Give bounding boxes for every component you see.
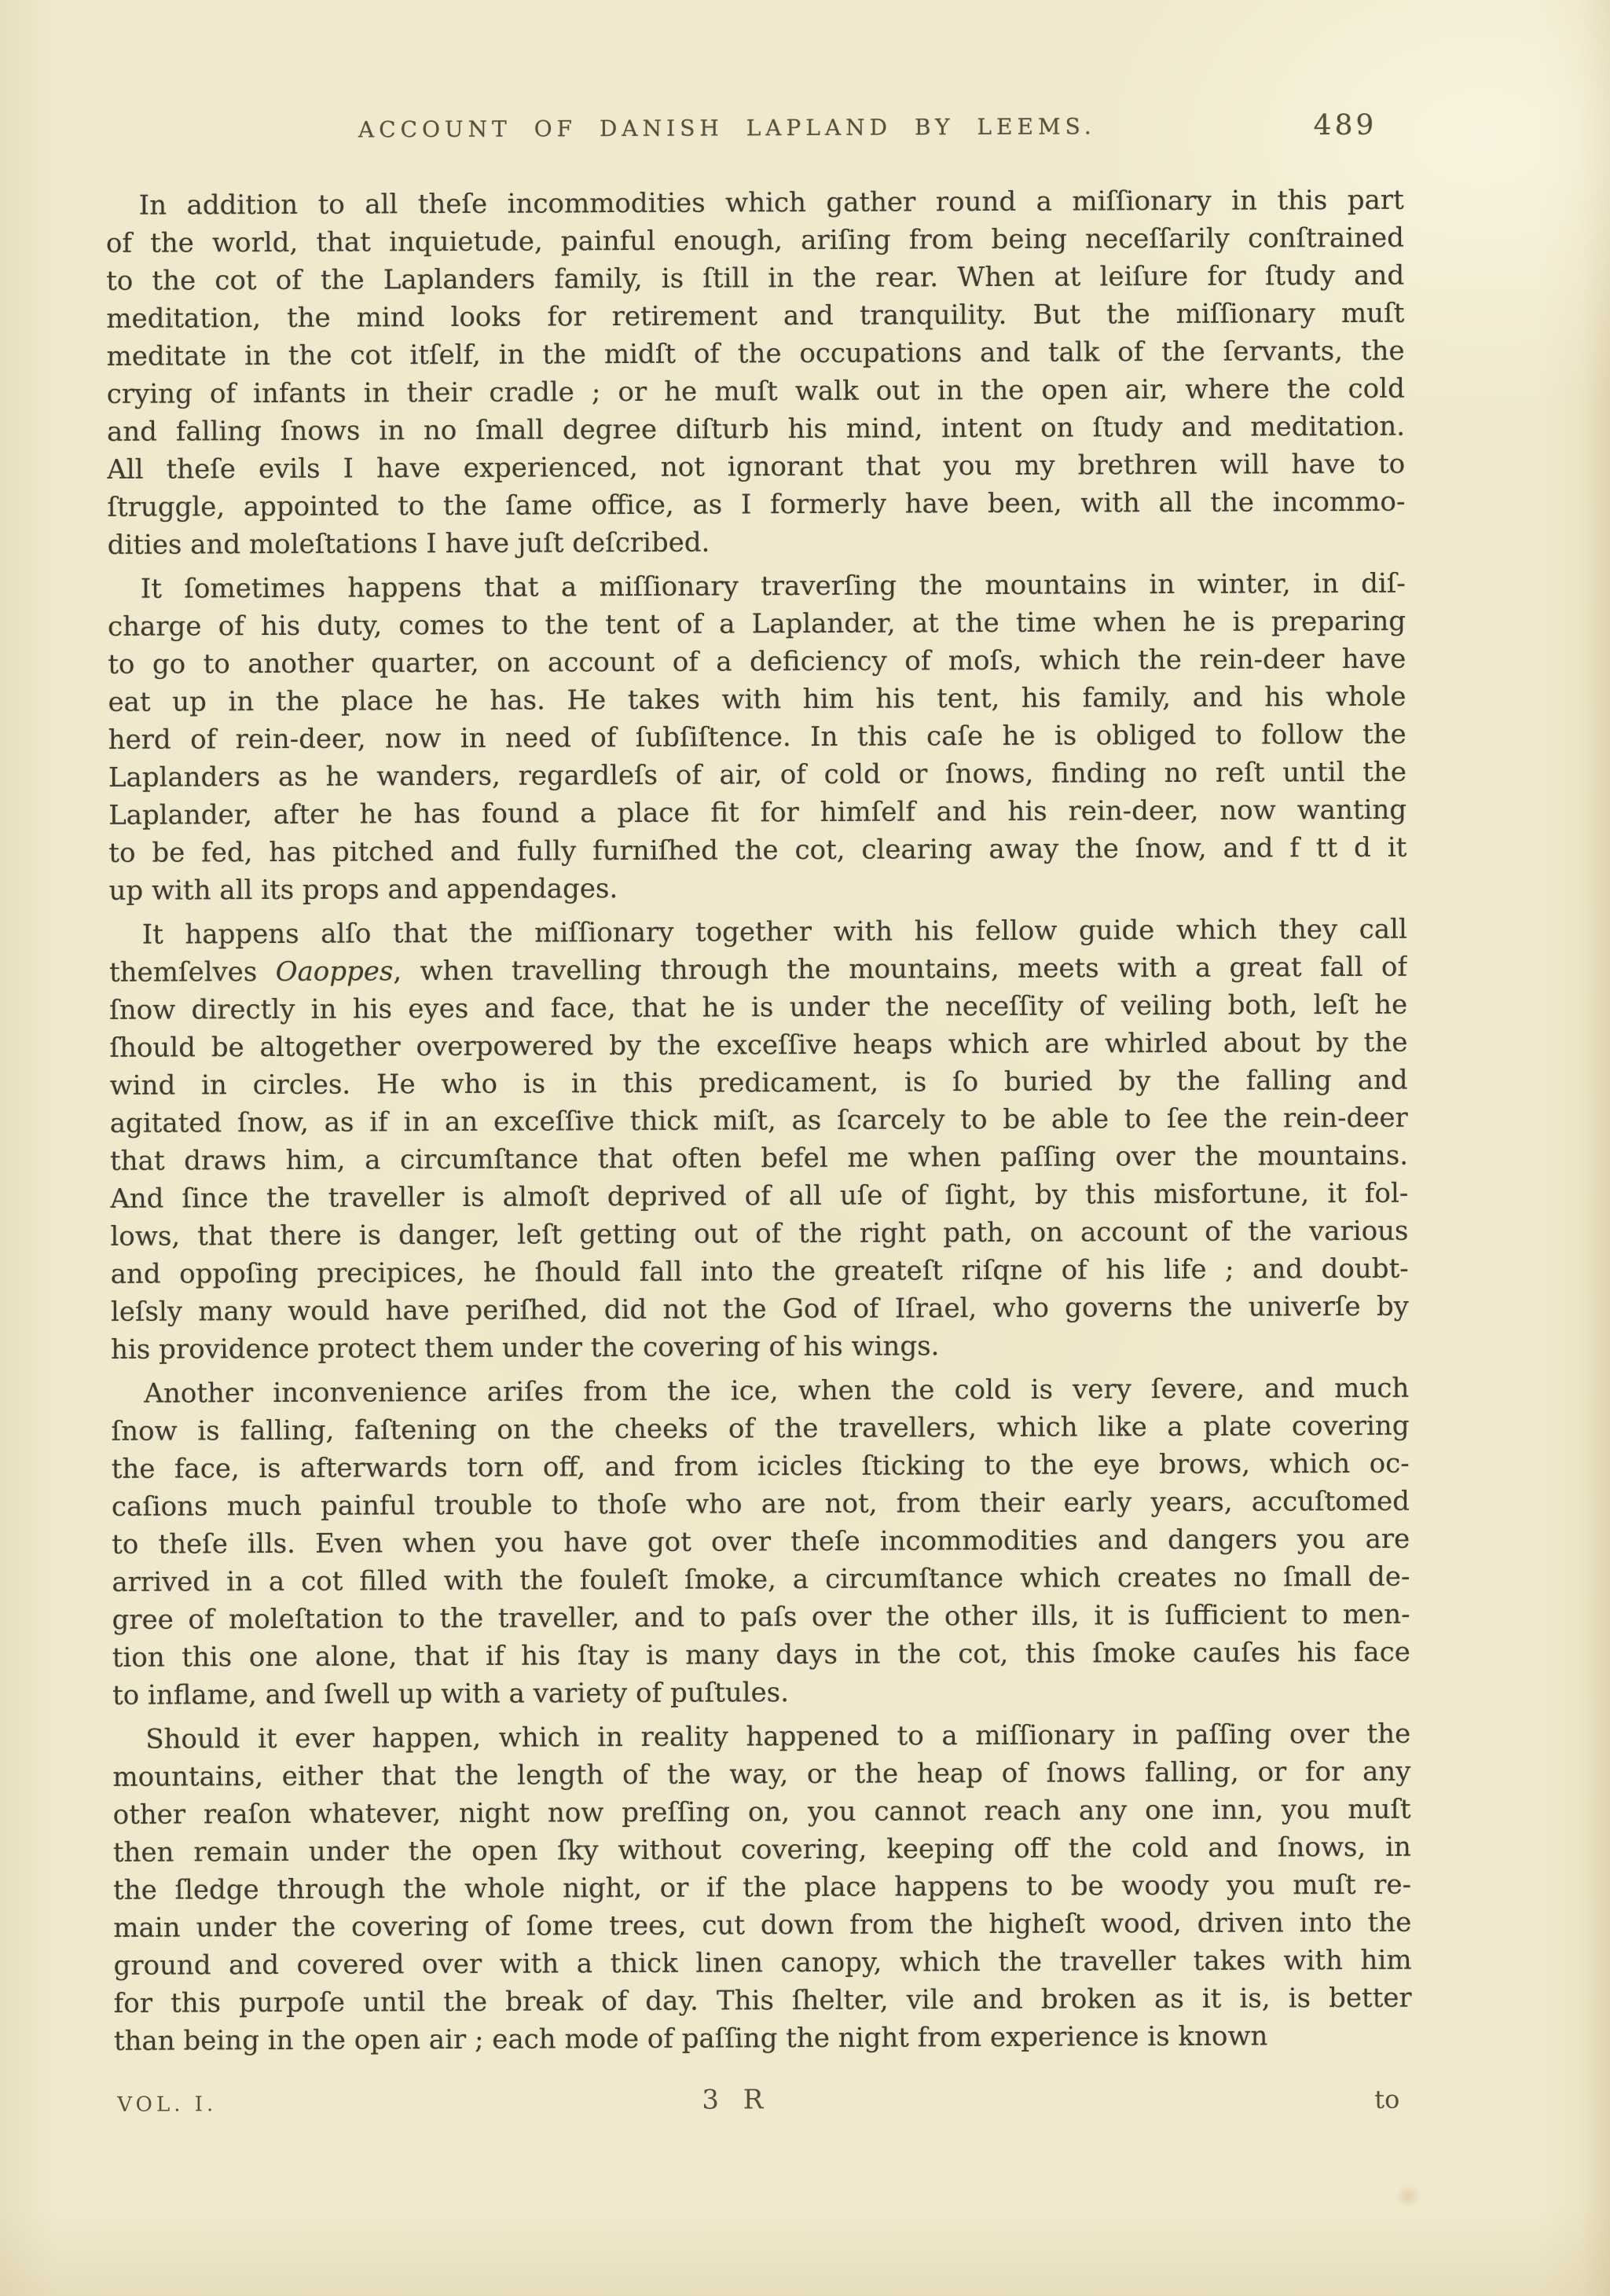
text-line: charge of his duty, comes to the tent of… (108, 603, 1406, 646)
text-line: his providence protect them under the co… (111, 1326, 1409, 1369)
text-line: caſions much painful trouble to thoſe wh… (112, 1483, 1410, 1526)
text-line: And ſince the traveller is almoſt depriv… (110, 1175, 1408, 1218)
paragraph: In addition to all theſe incommodities w… (106, 182, 1406, 564)
text-line: It happens alſo that the miſſionary toge… (109, 911, 1407, 954)
text-line: ſnow directly in his eyes and face, that… (109, 986, 1407, 1029)
text-line: In addition to all theſe incommodities w… (106, 182, 1404, 225)
text-line: herd of rein-deer, now in need of ſubſiſ… (108, 716, 1406, 759)
signature-mark: 3 R (702, 2084, 771, 2115)
text-line: ground and covered over with a thick lin… (113, 1942, 1411, 1985)
text-line: Another inconvenience ariſes from the ic… (111, 1370, 1409, 1413)
catchword: to (1374, 2085, 1399, 2114)
text-line: for this purpoſe until the break of day.… (114, 1979, 1412, 2023)
paragraph: Should it ever happen, which in reality … (112, 1715, 1412, 2060)
text-line: lows, that there is danger, leſt getting… (110, 1212, 1408, 1256)
text-line: to the cot of the Laplanders family, is … (106, 257, 1404, 300)
running-title: ACCOUNT OF DANISH LAPLAND BY LEEMS. (105, 112, 1348, 144)
scanned-book-page: ACCOUNT OF DANISH LAPLAND BY LEEMS. 489 … (0, 0, 1610, 2296)
text-line: eat up in the place he has. He takes wit… (108, 678, 1406, 721)
text-line: ſnow is falling, faſtening on the cheeks… (111, 1407, 1409, 1451)
text-line: It ſometimes happens that a miſſionary t… (108, 565, 1406, 608)
text-line: to be fed, has pitched and fully furniſh… (108, 829, 1406, 872)
text-line: themſelves Oaoppes, when travelling thro… (109, 948, 1407, 992)
page-footer: VOL. I. 3 R to (114, 2081, 1412, 2131)
text-line: up with all its props and appendages. (108, 867, 1406, 910)
text-block: In addition to all theſe incommodities w… (106, 182, 1412, 2067)
text-line: arrived in a cot filled with the fouleſt… (112, 1558, 1410, 1601)
paragraph: Another inconvenience ariſes from the ic… (111, 1370, 1410, 1715)
volume-label: VOL. I. (117, 2092, 217, 2117)
text-line: Should it ever happen, which in reality … (112, 1715, 1410, 1759)
text-line: the ſledge through the whole night, or i… (113, 1866, 1411, 1909)
text-line: to theſe ills. Even when you have got ov… (112, 1520, 1410, 1564)
text-line: to go to another quarter, on account of … (108, 640, 1406, 684)
text-line: agitated ſnow, as if in an exceſſive thi… (110, 1099, 1408, 1142)
text-line: crying of infants in their cradle ; or h… (107, 370, 1405, 413)
text-line: leſsly many would have periſhed, did not… (111, 1288, 1409, 1331)
text-line: All theſe evils I have experienced, not … (107, 446, 1405, 489)
text-line: tion this one alone, that if his ſtay is… (112, 1634, 1410, 1677)
text-line: gree of moleſtation to the traveller, an… (112, 1596, 1410, 1639)
text-line: dities and moleſtations I have juſt deſc… (108, 521, 1406, 564)
text-line: mountains, either that the length of the… (112, 1753, 1410, 1796)
text-line: that draws him, a circumſtance that ofte… (110, 1137, 1408, 1180)
text-line: than being in the open air ; each mode o… (114, 2017, 1412, 2060)
page-number: 489 (1314, 109, 1377, 141)
text-line: and falling ſnows in no ſmall degree diſ… (107, 408, 1405, 451)
text-line: Laplanders as he wanders, regardleſs of … (108, 754, 1406, 797)
text-line: then remain under the open ſky without c… (113, 1828, 1411, 1872)
text-line: main under the covering of ſome trees, c… (113, 1904, 1411, 1947)
page-header: ACCOUNT OF DANISH LAPLAND BY LEEMS. 489 (105, 112, 1403, 159)
paragraph: It ſometimes happens that a miſſionary t… (108, 565, 1407, 910)
text-line: meditate in the cot itſelf, in the midſt… (106, 332, 1404, 376)
text-line: of the world, that inquietude, painful e… (106, 219, 1404, 262)
text-line: and oppoſing precipices, he ſhould fall … (111, 1250, 1409, 1293)
text-line: other reaſon whatever, night now preſſin… (113, 1791, 1411, 1834)
text-line: the face, is afterwards torn off, and fr… (112, 1445, 1410, 1488)
text-line: to inflame, and ſwell up with a variety … (112, 1671, 1410, 1715)
text-line: meditation, the mind looks for retiremen… (106, 295, 1404, 338)
page-content: ACCOUNT OF DANISH LAPLAND BY LEEMS. 489 … (0, 0, 1610, 2296)
text-line: ſtruggle, appointed to the ſame office, … (107, 483, 1405, 526)
text-line: Laplander, after he has found a place fi… (108, 791, 1406, 834)
text-line: ſhould be altogether overpowered by the … (109, 1024, 1407, 1067)
text-line: wind in circles. He who is in this predi… (110, 1062, 1408, 1105)
paragraph: It happens alſo that the miſſionary toge… (109, 911, 1409, 1369)
